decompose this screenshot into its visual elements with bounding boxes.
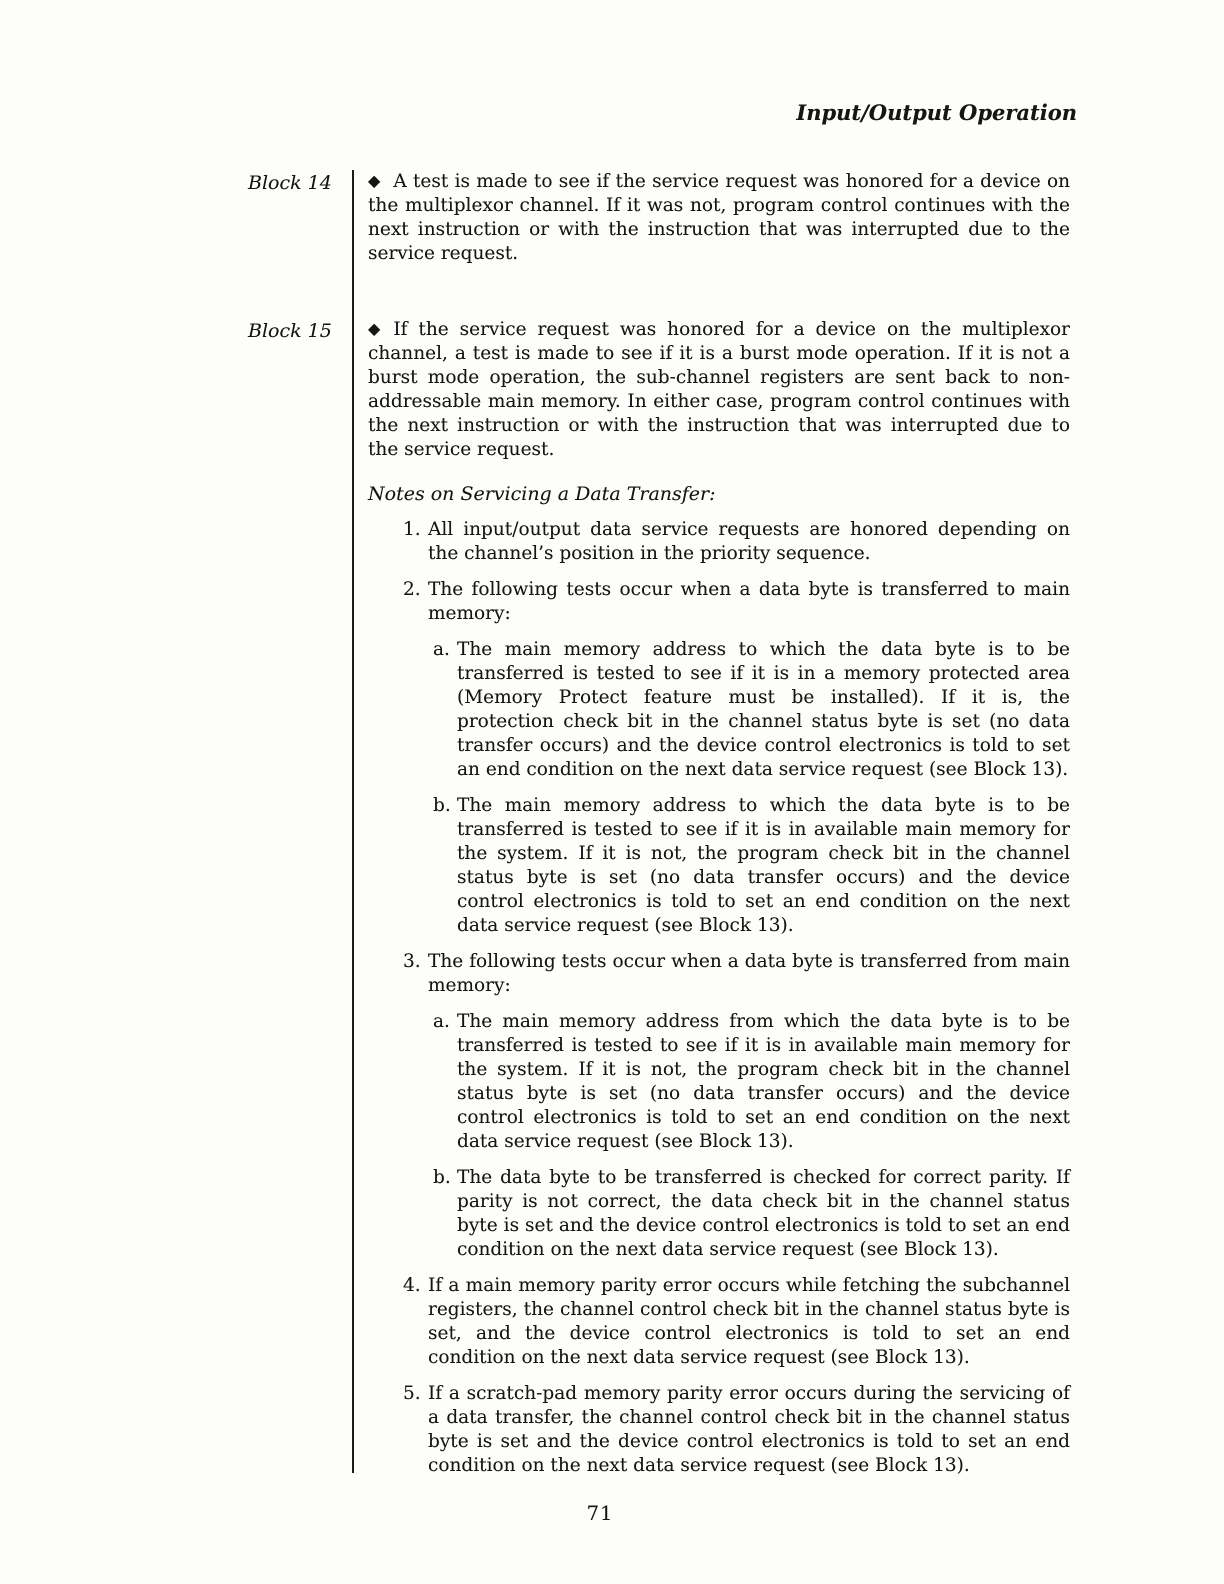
block-14-label: Block 14 [248,171,334,195]
sub-item-text: The main memory address to which the dat… [457,794,1070,938]
sub-item-letter: b. [433,794,457,938]
item-number: 4. [403,1274,428,1370]
item-text: If a scratch-pad memory parity error occ… [428,1382,1070,1478]
item-text: All input/output data service requests a… [428,518,1070,566]
sub-item-text: The main memory address from which the d… [457,1010,1070,1154]
block-14-paragraph: ◆A test is made to see if the service re… [368,170,1070,266]
sub-item-text: The data byte to be transferred is check… [457,1166,1070,1262]
notes-section: Notes on Servicing a Data Transfer: 1. A… [368,482,1070,1478]
item-text: If a main memory parity error occurs whi… [428,1274,1070,1370]
scanned-manual-page: Input/Output Operation Block 14 ◆A test … [0,0,1224,1584]
sub-item-letter: a. [433,1010,457,1154]
diamond-bullet-icon: ◆ [368,169,380,193]
item-body: The following tests occur when a data by… [428,578,1070,938]
item-body: If a main memory parity error occurs whi… [428,1274,1070,1370]
item-number: 2. [403,578,428,938]
item-text: The following tests occur when a data by… [428,578,1070,626]
block-15-paragraph: ◆If the service request was honored for … [368,318,1070,462]
sub-item-text: The main memory address to which the dat… [457,638,1070,782]
running-header: Input/Output Operation [796,100,1077,126]
item-text: The following tests occur when a data by… [428,950,1070,998]
list-item-1: 1. All input/output data service request… [368,518,1070,566]
sub-item-3b: b. The data byte to be transferred is ch… [428,1166,1070,1262]
page-number: 71 [0,1502,1200,1526]
sub-item-3a: a. The main memory address from which th… [428,1010,1070,1154]
item-body: All input/output data service requests a… [428,518,1070,566]
margin-vertical-rule [352,170,354,1473]
block-14-text: A test is made to see if the service req… [368,171,1070,264]
diamond-bullet-icon: ◆ [368,317,380,341]
list-item-3: 3. The following tests occur when a data… [368,950,1070,1262]
item-number: 3. [403,950,428,1262]
item-number: 5. [403,1382,428,1478]
sub-item-2a: a. The main memory address to which the … [428,638,1070,782]
list-item-5: 5. If a scratch-pad memory parity error … [368,1382,1070,1478]
item-number: 1. [403,518,428,566]
item-body: If a scratch-pad memory parity error occ… [428,1382,1070,1478]
list-item-4: 4. If a main memory parity error occurs … [368,1274,1070,1370]
item-body: The following tests occur when a data by… [428,950,1070,1262]
sub-item-letter: a. [433,638,457,782]
block-15-text: If the service request was honored for a… [368,319,1070,460]
sub-item-letter: b. [433,1166,457,1262]
list-item-2: 2. The following tests occur when a data… [368,578,1070,938]
block-15-label: Block 15 [248,319,334,343]
notes-heading: Notes on Servicing a Data Transfer: [368,482,1070,506]
sub-item-2b: b. The main memory address to which the … [428,794,1070,938]
